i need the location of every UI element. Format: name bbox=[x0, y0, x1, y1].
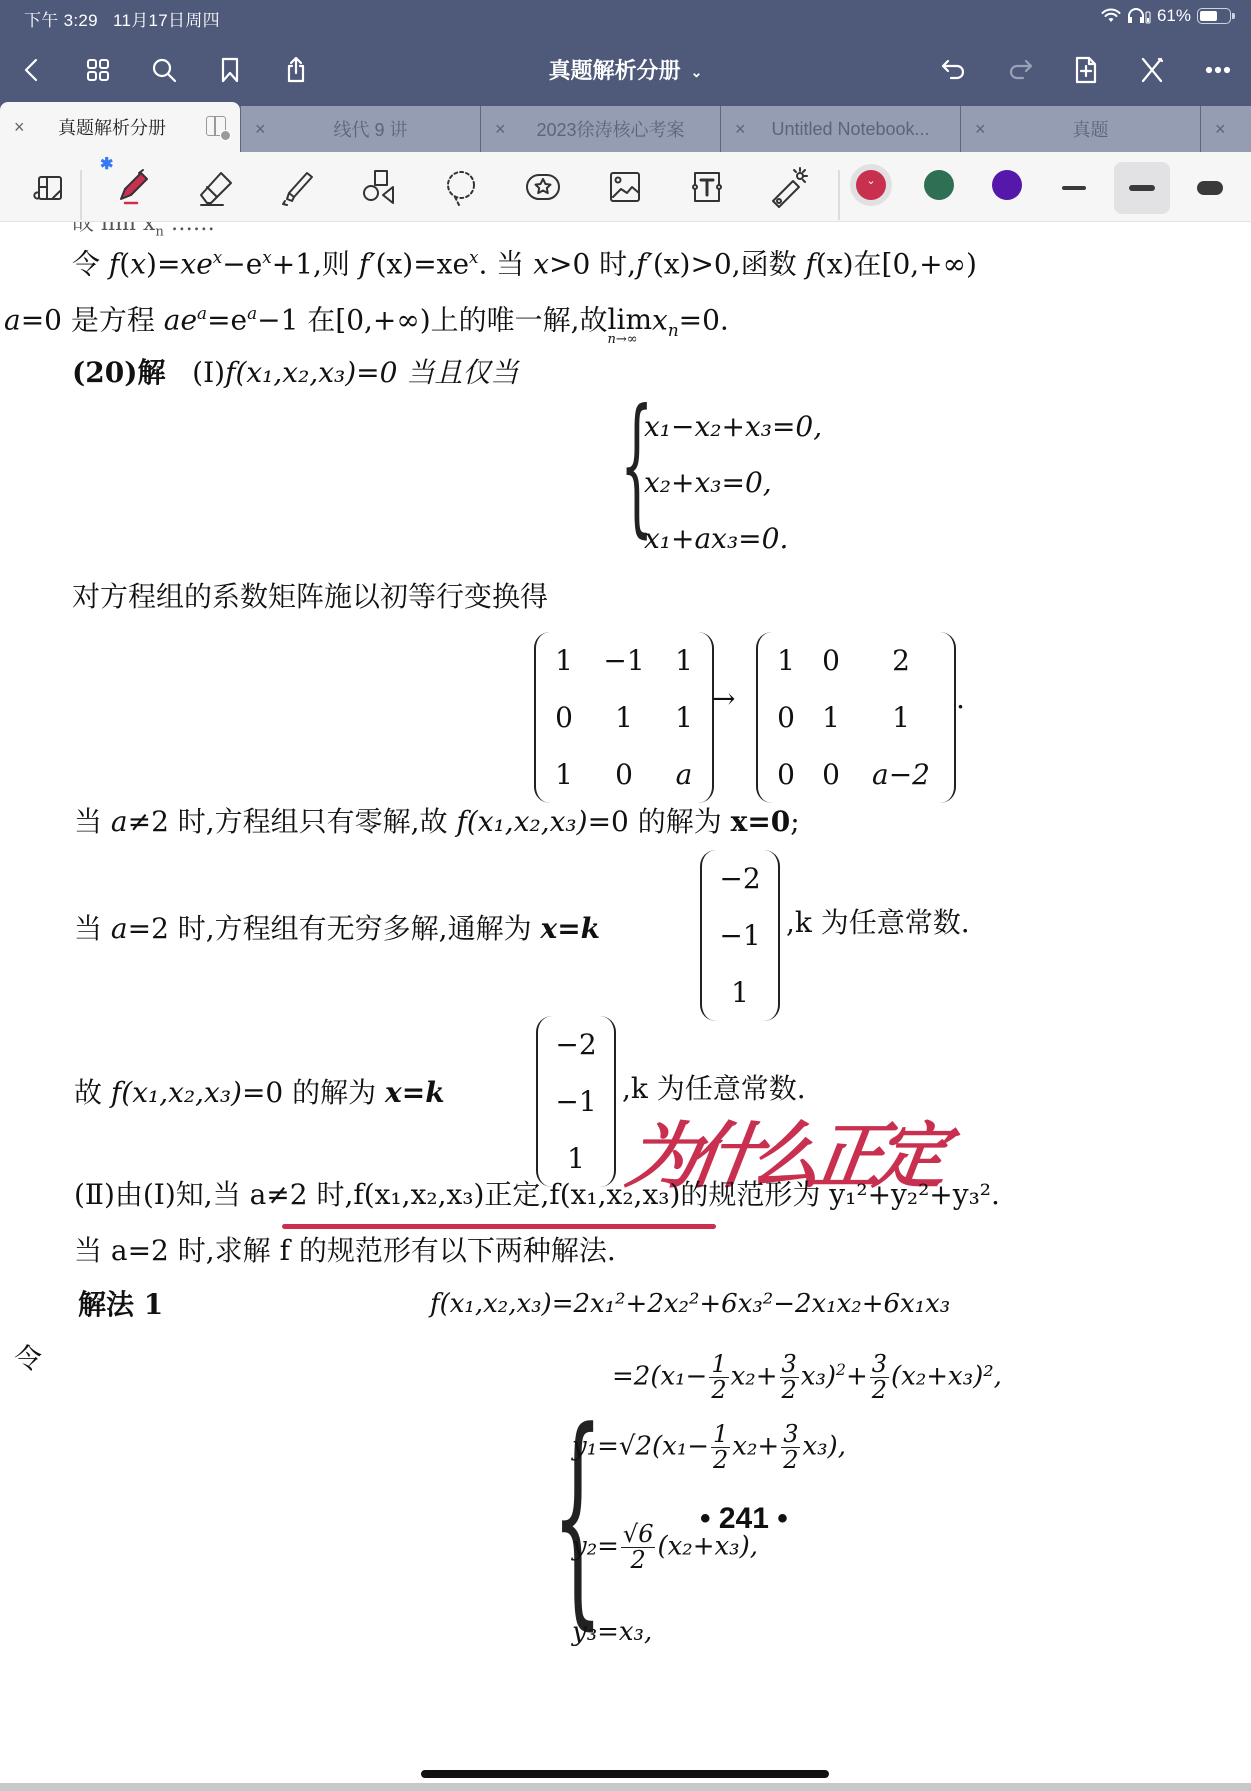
back-button[interactable] bbox=[14, 52, 50, 88]
color-swatch-red[interactable]: ⌄ bbox=[856, 170, 886, 200]
highlighter-icon bbox=[275, 165, 319, 209]
conclusion-line: 故 f(x₁,x₂,x₃)=0 的解为 x=k bbox=[74, 1078, 445, 1109]
redo-button[interactable] bbox=[1002, 52, 1038, 88]
redo-icon bbox=[1005, 55, 1035, 85]
document-title: 真题解析分册 bbox=[549, 58, 681, 83]
battery-icon bbox=[1197, 8, 1231, 24]
split-view-icon[interactable] bbox=[206, 116, 226, 136]
undo-icon bbox=[939, 55, 969, 85]
image-icon bbox=[603, 165, 647, 209]
drawing-toolbar: ✱ ⌄ bbox=[0, 152, 1251, 222]
let-label: 令 bbox=[14, 1344, 42, 1375]
tab-label: 真题解析分册 bbox=[0, 114, 240, 140]
add-page-button[interactable] bbox=[1068, 52, 1104, 88]
equation: x₁+ax₃=0. bbox=[644, 524, 788, 555]
grid-icon bbox=[83, 55, 113, 85]
lasso-tool[interactable] bbox=[436, 162, 486, 212]
home-indicator[interactable] bbox=[421, 1770, 829, 1778]
case-a-neq-2: 当 a≠2 时,方程组只有零解,故 f(x₁,x₂,x₃)=0 的解为 x=0; bbox=[74, 807, 800, 838]
top-bar: 下午 3:29 11月17日周四 61% 真题解析分册⌄ bbox=[0, 0, 1251, 106]
solution-vector: −2−11 bbox=[536, 1016, 616, 1187]
quadratic-form-eq: f(x₁,x₂,x₃)=2x₁²+2x₂²+6x₃²−2x₁x₂+6x₁x₃ bbox=[430, 1290, 950, 1319]
toolbar-divider bbox=[80, 170, 82, 220]
part-2-method-intro: 当 a=2 时,求解 f 的规范形有以下两种解法. bbox=[74, 1236, 616, 1267]
wifi-icon bbox=[1101, 8, 1121, 24]
period: . bbox=[956, 684, 965, 715]
bottom-strip bbox=[0, 1783, 1251, 1791]
tab-真题[interactable]: × 真题 bbox=[960, 106, 1200, 152]
close-tab-icon[interactable]: × bbox=[975, 119, 986, 140]
document-title-dropdown[interactable]: 真题解析分册⌄ bbox=[549, 54, 703, 85]
sticker-icon bbox=[521, 165, 565, 209]
add-page-icon bbox=[1071, 55, 1101, 85]
grid-button[interactable] bbox=[80, 52, 116, 88]
close-tab-icon[interactable]: × bbox=[735, 119, 746, 140]
part-2-line: (Ⅱ)由(Ⅰ)知,当 a≠2 时,f(x₁,x₂,x₃)正定,f(x₁,x₂,x… bbox=[74, 1180, 1000, 1211]
shapes-icon bbox=[357, 165, 401, 209]
status-indicators: 61% bbox=[1101, 6, 1231, 26]
laser-pointer-icon bbox=[767, 165, 811, 209]
solution-vector: −2−11 bbox=[700, 850, 780, 1021]
row-reduce-text: 对方程组的系数矩阵施以初等行变换得 bbox=[72, 582, 548, 613]
more-button[interactable] bbox=[1200, 52, 1236, 88]
pen-icon bbox=[111, 165, 155, 209]
shapes-tool[interactable] bbox=[354, 162, 404, 212]
bookmark-button[interactable] bbox=[212, 52, 248, 88]
lasso-icon bbox=[439, 165, 483, 209]
share-button[interactable] bbox=[278, 52, 314, 88]
search-icon bbox=[149, 55, 179, 85]
eraser-icon bbox=[193, 165, 237, 209]
close-tab-icon[interactable]: × bbox=[255, 119, 266, 140]
document-page[interactable]: 故 lim xn …… 令 f(x)=xex−ex+1,则 f′(x)=xex.… bbox=[0, 222, 1251, 1782]
text-icon bbox=[685, 165, 729, 209]
more-icon bbox=[1203, 55, 1233, 85]
color-swatch-purple[interactable] bbox=[992, 170, 1022, 200]
tab-overflow[interactable]: × bbox=[1200, 106, 1251, 152]
clipped-line: 故 lim xn …… bbox=[72, 222, 215, 240]
stroke-width-medium[interactable] bbox=[1114, 162, 1170, 214]
back-icon bbox=[17, 55, 47, 85]
pen-tools-button[interactable] bbox=[1134, 52, 1170, 88]
nav-bar: 真题解析分册⌄ bbox=[0, 48, 1251, 92]
coefficient-matrix: 1−11 011 10a bbox=[534, 632, 714, 803]
chevron-down-icon: ⌄ bbox=[691, 64, 703, 80]
tab-2023徐涛核心考案[interactable]: × 2023徐涛核心考案 bbox=[480, 106, 720, 152]
bookmark-icon bbox=[215, 55, 245, 85]
color-swatch-green[interactable] bbox=[924, 170, 954, 200]
close-tab-icon[interactable]: × bbox=[14, 117, 25, 138]
reduced-matrix: 102 011 00a−2 bbox=[756, 632, 956, 803]
page-layout-icon bbox=[27, 165, 71, 209]
highlighter-tool[interactable] bbox=[272, 162, 322, 212]
equation: x₁−x₂+x₃=0, bbox=[644, 412, 822, 443]
text-line-2: a=0 是方程 aea=ea−1 在[0,+∞)上的唯一解,故limn→∞xn=… bbox=[4, 304, 729, 339]
chevron-down-icon: ⌄ bbox=[856, 174, 886, 187]
status-date: 11月17日周四 bbox=[113, 11, 220, 30]
case-a-eq-2: 当 a=2 时,方程组有无穷多解,通解为 x=k bbox=[74, 914, 600, 945]
tab-label: 线代 9 讲 bbox=[241, 116, 480, 142]
tab-label: 真题 bbox=[961, 116, 1200, 142]
y1-eq: y₁=√2(x₁−12x₂+32x₃), bbox=[572, 1422, 846, 1473]
tab-label: Untitled Notebook... bbox=[721, 119, 960, 140]
tab-bar: × 真题解析分册 × 线代 9 讲 × 2023徐涛核心考案 × Untitle… bbox=[0, 106, 1251, 152]
search-button[interactable] bbox=[146, 52, 182, 88]
image-tool[interactable] bbox=[600, 162, 650, 212]
battery-percent: 61% bbox=[1157, 6, 1191, 26]
page-number: • 241 • bbox=[700, 1502, 788, 1536]
pen-tools-icon bbox=[1137, 55, 1167, 85]
tab-线代9讲[interactable]: × 线代 9 讲 bbox=[240, 106, 480, 152]
pen-tool[interactable] bbox=[108, 162, 158, 212]
headphones-icon bbox=[1127, 8, 1151, 24]
stroke-width-thick[interactable] bbox=[1182, 162, 1238, 214]
text-line-1: 令 f(x)=xex−ex+1,则 f′(x)=xex. 当 x>0 时,f′(… bbox=[72, 248, 977, 280]
close-tab-icon[interactable]: × bbox=[1215, 119, 1226, 140]
tab-untitled-notebook[interactable]: × Untitled Notebook... bbox=[720, 106, 960, 152]
completed-square-eq: =2(x₁−12x₂+32x₃)2+32(x₂+x₃)², bbox=[612, 1352, 1002, 1403]
y3-eq: y₃=x₃, bbox=[572, 1618, 652, 1647]
sticker-tool[interactable] bbox=[518, 162, 568, 212]
q20-header: (20)解 (Ⅰ)f(x₁,x₂,x₃)=0 当且仅当 bbox=[72, 358, 518, 389]
arrow: → bbox=[712, 684, 735, 715]
page-layout-tool[interactable] bbox=[24, 162, 74, 212]
undo-button[interactable] bbox=[936, 52, 972, 88]
laser-pointer-tool[interactable] bbox=[764, 162, 814, 212]
tab-真题解析分册[interactable]: × 真题解析分册 bbox=[0, 102, 240, 152]
handwritten-underline[interactable] bbox=[282, 1224, 716, 1229]
share-icon bbox=[281, 55, 311, 85]
equation: x₂+x₃=0, bbox=[644, 468, 772, 499]
status-time: 下午 3:29 bbox=[24, 11, 98, 30]
eraser-tool[interactable] bbox=[190, 162, 240, 212]
stroke-width-thin[interactable] bbox=[1046, 162, 1102, 214]
status-time-date: 下午 3:29 11月17日周四 bbox=[24, 6, 220, 31]
close-tab-icon[interactable]: × bbox=[495, 119, 506, 140]
text-tool[interactable] bbox=[682, 162, 732, 212]
toolbar-divider bbox=[838, 170, 840, 220]
method-1-label: 解法 1 bbox=[78, 1290, 163, 1321]
arbitrary-constant-text: ,k 为任意常数. bbox=[786, 908, 970, 939]
tab-label: 2023徐涛核心考案 bbox=[481, 116, 720, 142]
